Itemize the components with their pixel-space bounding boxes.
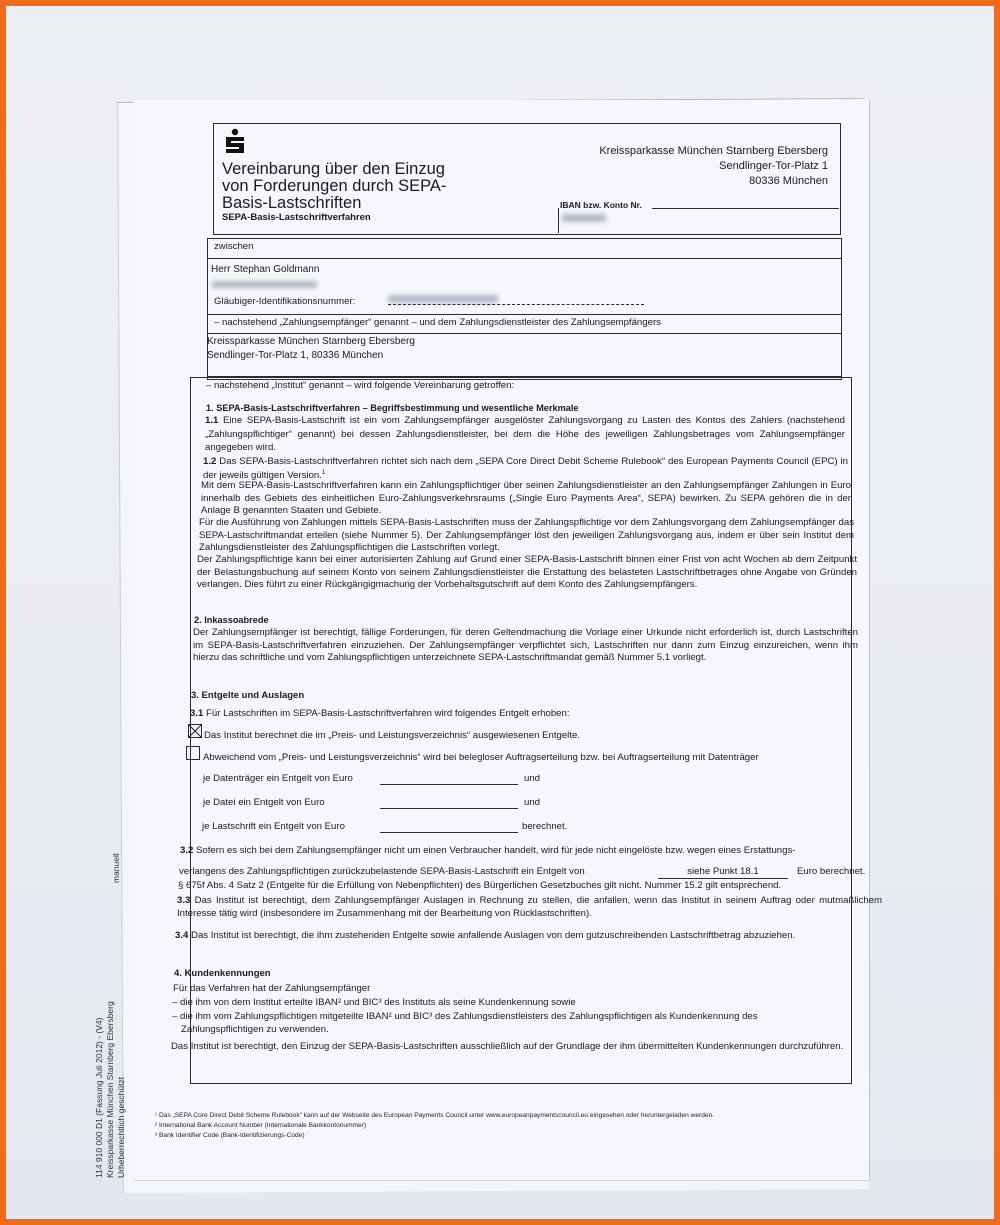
creditor-address-redacted [212, 281, 317, 288]
fee-row-label: je Lastschrift ein Entgelt von Euro [202, 821, 345, 833]
section2-heading: 2. Inkassoabrede [194, 614, 269, 626]
document-title-line1: Vereinbarung über den Einzug [222, 160, 445, 178]
fee-datei-input[interactable] [380, 796, 518, 809]
footnote-2: ² International Bank Account Number (Int… [155, 1122, 366, 1131]
para-text: Sofern es sich bei dem Zahlungsempfänger… [196, 845, 795, 856]
para-number: 1.1 [205, 415, 218, 426]
creditor-id-field[interactable] [388, 304, 644, 305]
iban-line [652, 208, 839, 209]
para-text: Das Institut ist berechtigt, dem Zahlung… [177, 895, 882, 919]
section2-p1: Der Zahlungsempfänger ist berechtigt, fä… [193, 627, 858, 665]
list-text: Zahlungspflichtigen zu verwenden. [172, 1024, 329, 1035]
between-label: zwischen [214, 241, 253, 253]
para-number: 3.3 [177, 895, 190, 906]
fee-datentraeger-input[interactable] [380, 772, 518, 785]
fee-row-suffix: und [524, 773, 540, 785]
copyright-note: Urheberrechtlich geschützt [116, 1001, 127, 1178]
bank-city: 80336 München [749, 175, 828, 187]
bank-name: Kreissparkasse München Starnberg Ebersbe… [599, 145, 828, 157]
institute-address: Sendlinger-Tor-Platz 1, 80336 München [207, 350, 383, 362]
creditor-id-label: Gläubiger-Identifikationsnummer: [214, 296, 355, 308]
section1-heading: 1. SEPA-Basis-Lastschriftverfahren – Beg… [206, 402, 579, 414]
bank-street: Sendlinger-Tor-Platz 1 [719, 160, 828, 172]
form-issuer: Kreissparkasse München Starnberg Ebersbe… [105, 1001, 116, 1178]
fee-option-custom-label: Abweichend vom „Preis- und Leistungsverz… [203, 752, 759, 764]
para-text: Für Lastschriften im SEPA-Basis-Lastschr… [206, 708, 570, 719]
iban-divider [558, 208, 559, 233]
section4-outro: Das Institut ist berechtigt, den Einzug … [171, 1041, 889, 1054]
para-number: 3.4 [175, 930, 188, 941]
creditor-name: Herr Stephan Goldmann [211, 264, 319, 276]
section3-p32-line1: 3.2 Sofern es sich bei dem Zahlungsempfä… [180, 845, 795, 857]
list-text: – die ihm vom Zahlungspflichtigen mitget… [172, 1011, 758, 1022]
section1-p3: Mit dem SEPA-Basis-Lastschriftverfahren … [201, 480, 851, 518]
section3-p32-line3: § 675f Abs. 4 Satz 2 (Entgelte für die E… [178, 880, 781, 892]
section3-heading: 3. Entgelte und Auslagen [191, 690, 304, 702]
mode-label: manuell [111, 853, 122, 883]
iban-value-redacted[interactable] [562, 214, 606, 222]
para-text: Das Institut ist berechtigt, die ihm zus… [191, 930, 795, 941]
fee-option-standard-label: Das Institut berechnet die im „Preis- un… [204, 730, 580, 742]
para-number: 3.2 [180, 845, 193, 856]
fee-row-suffix: berechnet. [522, 821, 567, 833]
section1-p4: Für die Ausführung von Zahlungen mittels… [199, 517, 854, 555]
section1-p2: 1.2 Das SEPA-Basis-Lastschriftverfahren … [203, 455, 848, 482]
divider [207, 333, 841, 334]
fee-lastschrift-input[interactable] [380, 820, 518, 833]
institute-note: – nachstehend „Institut“ genannt – wird … [206, 380, 514, 392]
section4-intro: Für das Verfahren hat der Zahlungsempfän… [173, 983, 370, 995]
fee-row-label: je Datenträger ein Entgelt von Euro [203, 773, 353, 785]
document-subtitle: SEPA-Basis-Lastschriftverfahren [222, 212, 371, 224]
iban-label: IBAN bzw. Konto Nr. [560, 199, 642, 211]
creditor-id-redacted[interactable] [388, 295, 498, 303]
return-fee-value[interactable]: siehe Punkt 18.1 [658, 866, 788, 879]
document-title-line2: von Forderungen durch SEPA- [222, 177, 446, 195]
divider [207, 314, 841, 315]
section4-item1: – die ihm von dem Institut erteilte IBAN… [172, 997, 576, 1009]
footnote-1: ¹ Das „SEPA Core Direct Debit Scheme Rul… [155, 1112, 714, 1121]
section3-p31: 3.1 Für Lastschriften im SEPA-Basis-Last… [190, 708, 570, 720]
fee-option-standard-checkbox[interactable] [188, 724, 202, 738]
payee-note: – nachstehend „Zahlungsempfänger“ genann… [214, 317, 661, 329]
form-number: 114 910 000 D1 (Fassung Juli 2012) - (V4… [94, 1001, 105, 1178]
section1-p5: Der Zahlungspflichtige kann bei einer au… [197, 554, 857, 592]
section3-p32-line2: verlangens des Zahlungspflichtigen zurüc… [179, 866, 585, 878]
para-number: 1.2 [203, 456, 216, 467]
section3-p33: 3.3 Das Institut ist berechtigt, dem Zah… [177, 895, 882, 920]
institute-name: Kreissparkasse München Starnberg Ebersbe… [207, 336, 415, 348]
fee-option-custom-checkbox[interactable] [186, 746, 200, 760]
fee-row-label: je Datei ein Entgelt von Euro [203, 797, 325, 809]
document-title-line3: Basis-Lastschriften [222, 194, 361, 212]
form-number-side-text: 114 910 000 D1 (Fassung Juli 2012) - (V4… [94, 1001, 127, 1178]
footnote-3: ³ Bank Identifier Code (Bank-Identifizie… [155, 1132, 305, 1141]
para-text: Das SEPA-Basis-Lastschriftverfahren rich… [203, 456, 848, 481]
fee-row-suffix: und [524, 797, 540, 809]
para-text: Eine SEPA-Basis-Lastschrift ist ein vom … [205, 415, 845, 453]
para-number: 3.1 [190, 708, 203, 719]
section3-p32-suffix: Euro berechnet. [797, 866, 865, 878]
divider [207, 258, 841, 259]
section4-item2: – die ihm vom Zahlungspflichtigen mitget… [172, 1011, 887, 1036]
mode-side-text: manuell [111, 853, 122, 883]
section4-heading: 4. Kundenkennungen [174, 968, 271, 980]
section3-p34: 3.4 Das Institut ist berechtigt, die ihm… [175, 930, 885, 943]
footnote-ref: 1 [322, 469, 325, 475]
sparkasse-logo-icon [224, 128, 246, 155]
checkmark-x-icon [189, 725, 201, 737]
section1-p1: 1.1 Eine SEPA-Basis-Lastschrift ist ein … [205, 414, 845, 455]
